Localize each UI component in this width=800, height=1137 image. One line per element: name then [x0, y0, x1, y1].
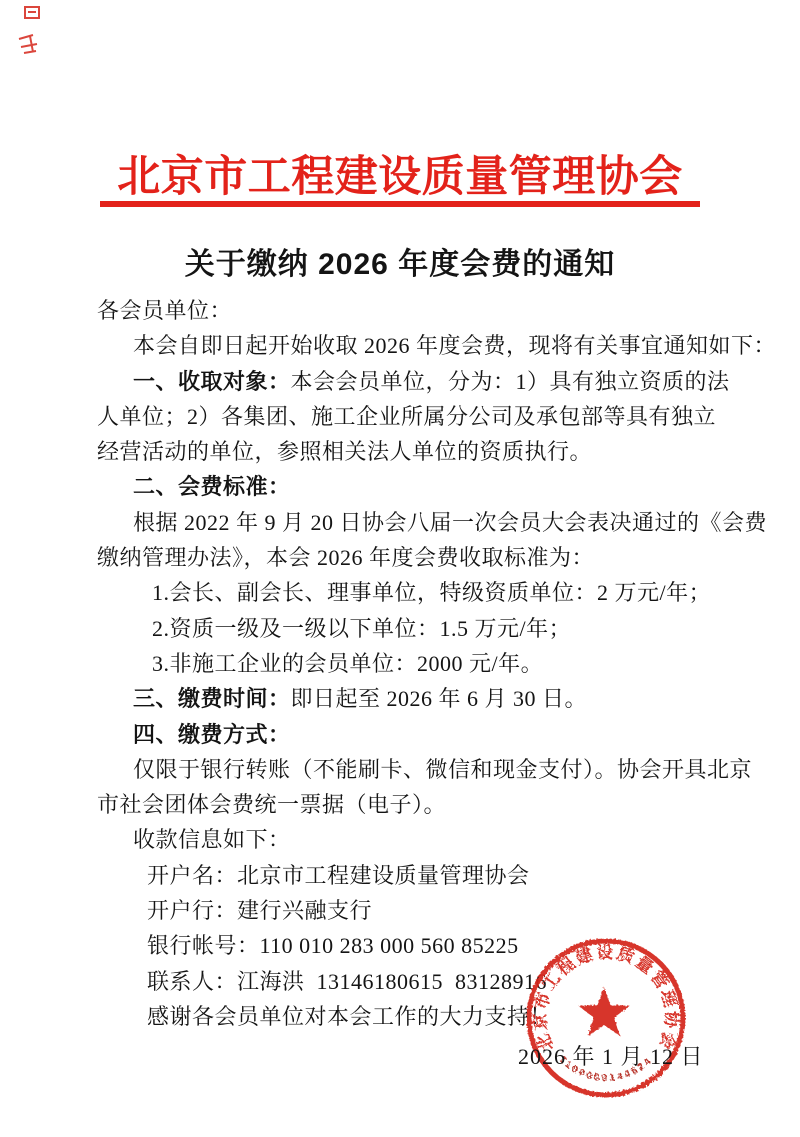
fee-tier-3: 3.非施工企业的会员单位：2000 元/年。 — [97, 646, 709, 681]
star-icon — [578, 987, 629, 1036]
fee-tier-1: 1.会长、副会长、理事单位，特级资质单位：2 万元/年； — [97, 575, 709, 610]
notice-title: 关于缴纳 2026 年度会费的通知 — [0, 239, 800, 283]
notice-page: 北京市工程建设质量管理协会 关于缴纳 2026 年度会费的通知 各会员单位： 本… — [0, 0, 800, 1137]
red-divider-line — [100, 201, 700, 207]
official-seal: 北京市工程建设质量管理协会 1100000144624 — [521, 933, 691, 1103]
account-name-line: 开户名：北京市工程建设质量管理协会 — [97, 858, 709, 893]
body-line: 本会自即日起开始收取 2026 年度会费，现将有关事宜通知如下： — [97, 328, 709, 363]
body-line: 人单位；2）各集团、施工企业所属分公司及承包部等具有独立 — [97, 399, 709, 434]
red-ink-mark-icon — [14, 3, 54, 61]
body-line: 仅限于银行转账（不能刷卡、微信和现金支付）。协会开具北京 — [97, 752, 709, 787]
notice-body: 各会员单位： 本会自即日起开始收取 2026 年度会费，现将有关事宜通知如下： … — [97, 293, 709, 1034]
body-line: 市社会团体会费统一票据（电子）。 — [97, 787, 709, 822]
body-line-item-4: 四、缴费方式： — [97, 717, 709, 752]
body-line: 经营活动的单位，参照相关法人单位的资质执行。 — [97, 434, 709, 469]
body-line: 缴纳管理办法》，本会 2026 年度会费收取标准为： — [97, 540, 709, 575]
body-line-item-1: 一、收取对象：本会会员单位，分为：1）具有独立资质的法 — [97, 364, 709, 399]
fee-tier-2: 2.资质一级及一级以下单位：1.5 万元/年； — [97, 611, 709, 646]
org-name-header: 北京市工程建设质量管理协会 — [0, 143, 800, 204]
payment-info-header: 收款信息如下： — [97, 822, 709, 857]
date-line: 2026 年 1 月 12 日 — [518, 1040, 704, 1071]
body-line-item-2: 二、会费标准： — [97, 469, 709, 504]
body-line: 根据 2022 年 9 月 20 日协会八届一次会员大会表决通过的《会费 — [97, 505, 709, 540]
body-line-item-3: 三、缴费时间：即日起至 2026 年 6 月 30 日。 — [97, 681, 709, 716]
salutation-line: 各会员单位： — [97, 293, 709, 328]
bank-branch-line: 开户行：建行兴融支行 — [97, 893, 709, 928]
